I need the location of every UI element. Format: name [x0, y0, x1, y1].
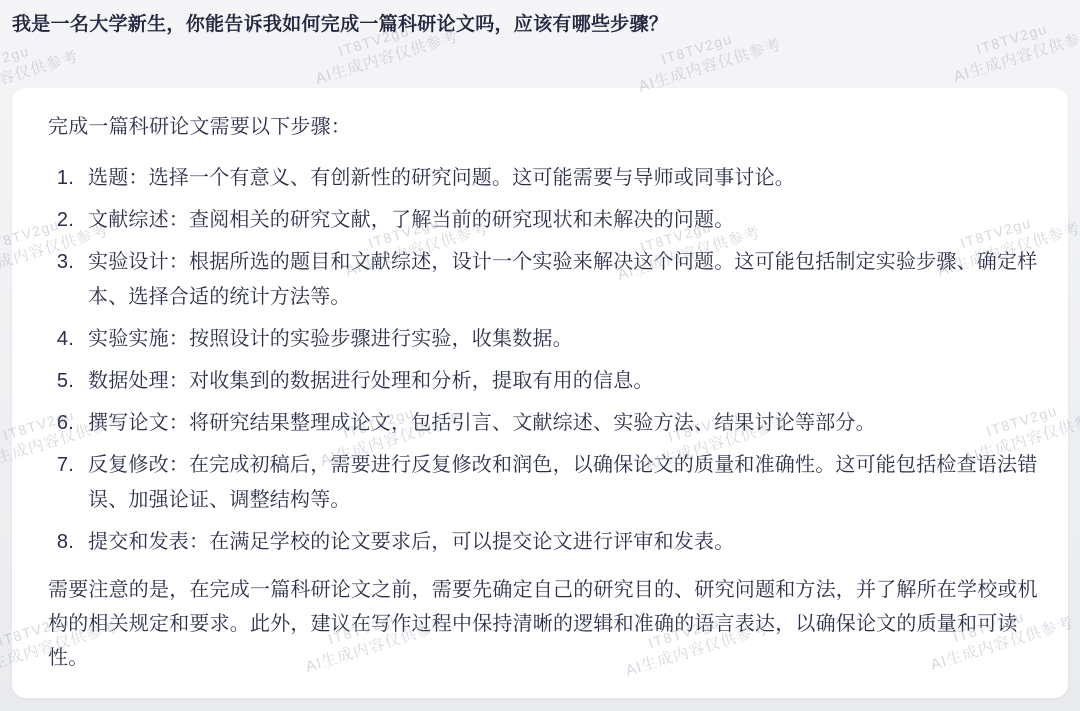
step-item: 1. 选题：选择一个有意义、有创新性的研究问题。这可能需要与导师或同事讨论。	[48, 161, 1052, 196]
step-item: 2. 文献综述：查阅相关的研究文献，了解当前的研究现状和未解决的问题。	[48, 203, 1052, 238]
step-number: 1.	[48, 161, 74, 196]
step-item: 4. 实验实施：按照设计的实验步骤进行实验，收集数据。	[48, 322, 1052, 357]
steps-list: 1. 选题：选择一个有意义、有创新性的研究问题。这可能需要与导师或同事讨论。 2…	[48, 161, 1052, 560]
step-text: 提交和发表：在满足学校的论文要求后，可以提交论文进行评审和发表。	[88, 531, 734, 553]
step-item: 8. 提交和发表：在满足学校的论文要求后，可以提交论文进行评审和发表。	[48, 525, 1052, 560]
step-number: 5.	[48, 364, 74, 399]
step-text: 实验设计：根据所选的题目和文献综述，设计一个实验来解决这个问题。这可能包括制定实…	[88, 251, 1037, 308]
step-item: 5. 数据处理：对收集到的数据进行处理和分析，提取有用的信息。	[48, 364, 1052, 399]
step-number: 6.	[48, 406, 74, 441]
assistant-answer-card: 完成一篇科研论文需要以下步骤： 1. 选题：选择一个有意义、有创新性的研究问题。…	[12, 88, 1068, 698]
step-item: 3. 实验设计：根据所选的题目和文献综述，设计一个实验来解决这个问题。这可能包括…	[48, 245, 1052, 315]
step-number: 8.	[48, 525, 74, 560]
step-item: 6. 撰写论文：将研究结果整理成论文，包括引言、文献综述、实验方法、结果讨论等部…	[48, 406, 1052, 441]
step-number: 3.	[48, 245, 74, 280]
step-number: 7.	[48, 448, 74, 483]
step-text: 数据处理：对收集到的数据进行处理和分析，提取有用的信息。	[88, 370, 654, 392]
step-text: 文献综述：查阅相关的研究文献，了解当前的研究现状和未解决的问题。	[88, 209, 734, 231]
step-text: 选题：选择一个有意义、有创新性的研究问题。这可能需要与导师或同事讨论。	[88, 167, 795, 189]
step-text: 撰写论文：将研究结果整理成论文，包括引言、文献综述、实验方法、结果讨论等部分。	[88, 412, 876, 434]
step-number: 4.	[48, 322, 74, 357]
step-number: 2.	[48, 203, 74, 238]
user-question-text: 我是一名大学新生，你能告诉我如何完成一篇科研论文吗，应该有哪些步骤？	[12, 12, 1068, 38]
answer-intro-text: 完成一篇科研论文需要以下步骤：	[48, 110, 1052, 145]
step-item: 7. 反复修改：在完成初稿后，需要进行反复修改和润色，以确保论文的质量和准确性。…	[48, 448, 1052, 518]
chat-view: 我是一名大学新生，你能告诉我如何完成一篇科研论文吗，应该有哪些步骤？ 完成一篇科…	[0, 0, 1080, 711]
step-text: 实验实施：按照设计的实验步骤进行实验，收集数据。	[88, 328, 573, 350]
answer-note-text: 需要注意的是，在完成一篇科研论文之前，需要先确定自己的研究目的、研究问题和方法，…	[48, 573, 1052, 675]
step-text: 反复修改：在完成初稿后，需要进行反复修改和润色，以确保论文的质量和准确性。这可能…	[88, 454, 1037, 511]
